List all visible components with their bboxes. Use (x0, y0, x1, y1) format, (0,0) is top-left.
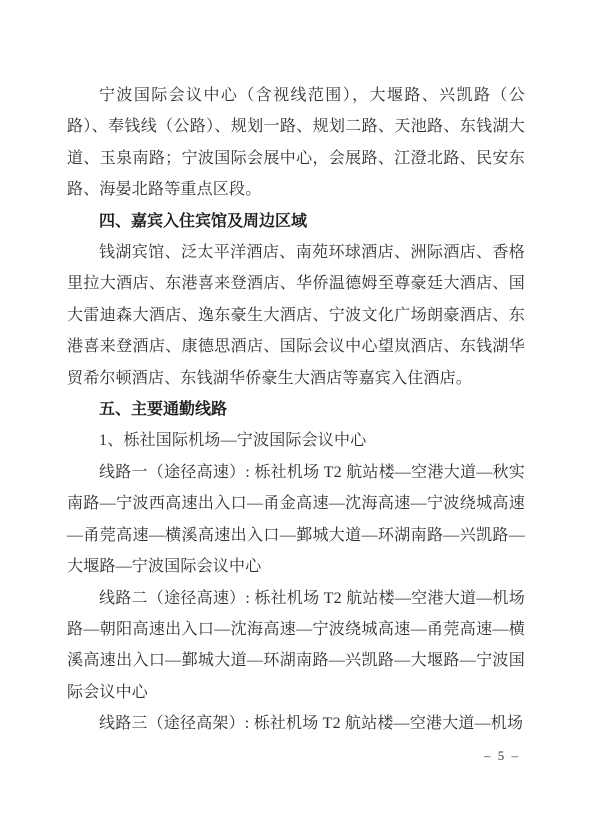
paragraph-guest-hotel-list: 钱湖宾馆、泛太平洋酒店、南苑环球酒店、洲际酒店、香格里拉大酒店、东港喜来登酒店、… (67, 237, 525, 394)
paragraph-key-road-sections: 宁波国际会议中心（含视线范围），大堰路、兴凯路（公路）、奉钱线（公路）、规划一路… (67, 80, 525, 206)
paragraph-route-2: 线路二（途径高速）: 栎社机场 T2 航站楼—空港大道—机场路—朝阳高速出入口—… (67, 583, 525, 709)
section-heading-guest-hotels: 四、嘉宾入住宾馆及周边区域 (67, 206, 525, 237)
paragraph-route-3-partial: 线路三（途径高架）: 栎社机场 T2 航站楼—空港大道—机场 (67, 708, 525, 739)
document-content: 宁波国际会议中心（含视线范围），大堰路、兴凯路（公路）、奉钱线（公路）、规划一路… (67, 80, 525, 740)
page-number: – 5 – (484, 748, 520, 764)
paragraph-route-group-title: 1、栎社国际机场—宁波国际会议中心 (67, 425, 525, 456)
document-page: 宁波国际会议中心（含视线范围），大堰路、兴凯路（公路）、奉钱线（公路）、规划一路… (0, 0, 590, 838)
section-heading-commute-routes: 五、主要通勤线路 (67, 394, 525, 425)
paragraph-route-1: 线路一（途径高速）: 栎社机场 T2 航站楼—空港大道—秋实南路—宁波西高速出入… (67, 457, 525, 583)
